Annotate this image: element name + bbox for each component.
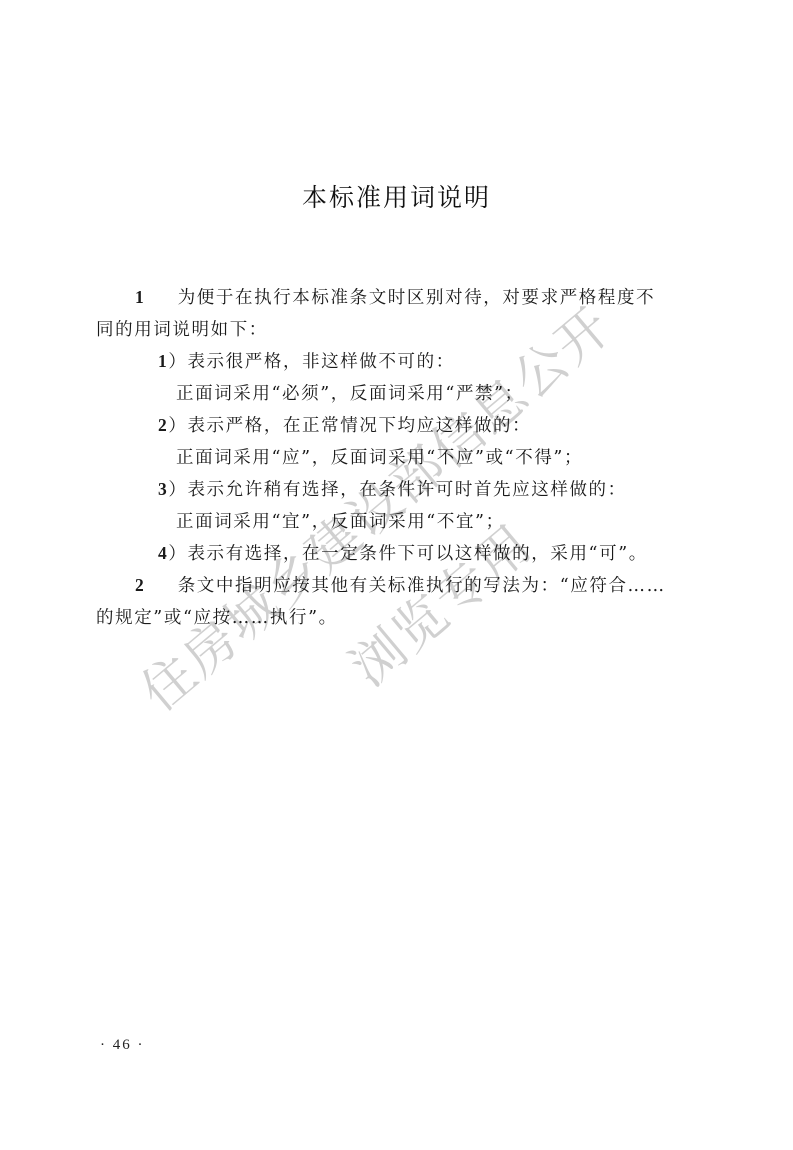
item-3-text: ）表示允许稍有选择，在条件许可时首先应这样做的： <box>168 480 626 500</box>
clause-1-text: 为便于在执行本标准条文时区别对待，对要求严格程度不 <box>178 288 656 308</box>
item-1-detail: 正面词采用“必须”，反面词采用“严禁”； <box>176 380 524 405</box>
clause-1-line-2: 同的用词说明如下： <box>96 316 268 341</box>
item-3: 3）表示允许稍有选择，在条件许可时首先应这样做的： <box>158 476 627 501</box>
page-number: · 46 · <box>100 1037 145 1054</box>
clause-1-line-1: 1 为便于在执行本标准条文时区别对待，对要求严格程度不 <box>135 284 655 309</box>
clause-2-line-2: 的规定”或“应按……执行”。 <box>96 604 338 629</box>
page-title: 本标准用词说明 <box>0 178 793 214</box>
item-2-number: 2 <box>158 415 168 435</box>
clause-2-text: 条文中指明应按其他有关标准执行的写法为：“应符合…… <box>178 576 666 596</box>
item-1-text: ）表示很严格，非这样做不可的： <box>168 352 455 372</box>
item-1-number: 1 <box>158 351 168 371</box>
item-2-text: ）表示严格，在正常情况下均应这样做的： <box>168 416 531 436</box>
watermark-secondary: 浏览专用 <box>332 504 546 700</box>
item-4-number: 4 <box>158 543 168 563</box>
document-page: 住房城乡建设部信息公开 浏览专用 本标准用词说明 1 为便于在执行本标准条文时区… <box>0 0 793 1150</box>
item-3-detail: 正面词采用“宜”，反面词采用“不宜”； <box>176 508 505 533</box>
item-1: 1）表示很严格，非这样做不可的： <box>158 348 455 373</box>
item-3-number: 3 <box>158 479 168 499</box>
clause-1-number: 1 <box>135 287 145 307</box>
item-4-text: ）表示有选择，在一定条件下可以这样做的，采用“可”。 <box>168 544 648 564</box>
clause-2-line-1: 2 条文中指明应按其他有关标准执行的写法为：“应符合…… <box>135 572 666 597</box>
clause-2-number: 2 <box>135 575 145 595</box>
item-4: 4）表示有选择，在一定条件下可以这样做的，采用“可”。 <box>158 540 648 565</box>
item-2: 2）表示严格，在正常情况下均应这样做的： <box>158 412 531 437</box>
item-2-detail: 正面词采用“应”，反面词采用“不应”或“不得”； <box>176 444 583 469</box>
